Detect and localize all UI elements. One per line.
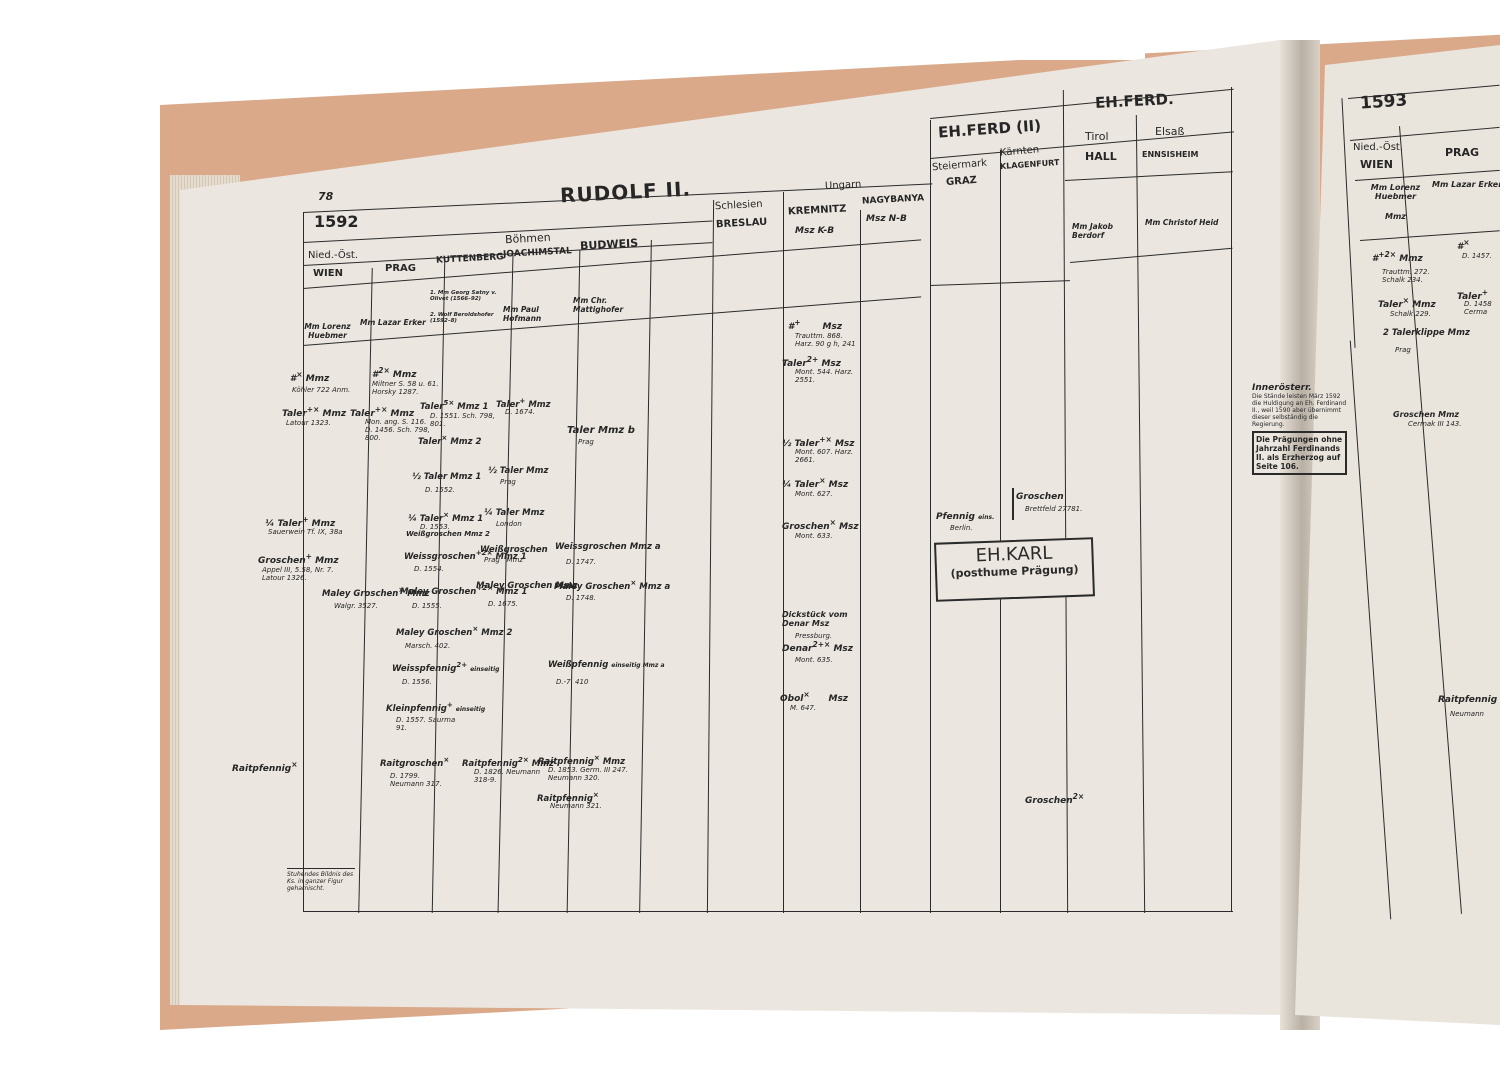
region-ungarn: Ungarn xyxy=(825,179,862,192)
entry-ref: Trauttm. 868. Harz. 90 g h, 241 xyxy=(795,332,860,348)
entry-coin: Weissgroschen Mmz a xyxy=(555,542,661,552)
entry-ref: D. 1458 Cerma xyxy=(1464,300,1500,316)
nagybanya-mark: Msz N-B xyxy=(866,214,907,224)
entry-coin: Dickstück vom Denar Msz xyxy=(782,610,857,628)
entry-ref: D. 1747. xyxy=(566,558,596,566)
entry-coin: ½ Taler+× Msz xyxy=(782,435,855,449)
entry-ref: D. 1853. Germ. III 247. Neumann 320. xyxy=(548,766,628,782)
entry-ref: Prag xyxy=(1395,346,1411,354)
entry-coin: 2 Talerklippe Mmz xyxy=(1383,328,1470,338)
entry-ref: Mont. 633. xyxy=(795,532,833,540)
ehkarl-box: EH.KARL (posthume Prägung) xyxy=(934,537,1095,602)
entry-ref: Cermak III 143. xyxy=(1408,420,1461,428)
entry-ref: Mont. 544. Harz. 2551. xyxy=(795,368,855,384)
column-line xyxy=(783,192,784,913)
entry-coin: Kleinpfennig+ einseitig xyxy=(386,700,485,714)
background xyxy=(650,0,1145,60)
entry-ref: Neumann xyxy=(1450,710,1484,718)
entry-ref: London xyxy=(496,520,522,528)
mintmaster-ennsisheim: Mm Christof Heid xyxy=(1145,218,1225,227)
mintmaster-kuttenberg-2: 2. Wolf Beroldshofer (1592–8) xyxy=(430,312,505,324)
entry-coin: Pfennig eins. xyxy=(936,512,994,522)
entry-coin: Denar2+× Msz xyxy=(782,640,853,654)
entry-ref: Neumann 321. xyxy=(550,802,602,810)
entry-coin: Weißgroschen xyxy=(480,545,548,555)
entry-coin: Taler5× Mmz 1 xyxy=(420,398,488,412)
entry-ref: Prag xyxy=(500,478,516,486)
region-bohmen: Böhmen xyxy=(505,231,551,246)
entry-coin: Taler2+ Msz xyxy=(782,355,841,369)
entry-ref: D. 1557. Saurma 91. xyxy=(396,716,456,732)
entry-coin: Weißgroschen Mmz 2 xyxy=(406,530,490,538)
entry-ref: D. 1555. xyxy=(412,602,442,610)
entry-coin: #× Mmz xyxy=(290,370,329,384)
column-line xyxy=(930,120,931,913)
entry-ref: D. 1552. xyxy=(425,486,455,494)
entry-ref: Mont. 607. Harz. 2661. xyxy=(795,448,855,464)
entry-coin: Groschen xyxy=(1016,492,1064,502)
entry-ref: Brettfeld 27781. xyxy=(1025,505,1082,513)
entry-coin: Maley Groschen× Mmz 2 xyxy=(396,624,512,638)
entry-coin: #+ Msz xyxy=(788,318,842,332)
entry-coin: Taler× Mmz xyxy=(1378,296,1436,310)
entry-ref: D. 1799. Neumann 317. xyxy=(390,772,450,788)
entry-coin: Raitpfennig× Mmz xyxy=(538,753,625,767)
entry-ref: Marsch. 402. xyxy=(405,642,450,650)
mint-prag-right: PRAG xyxy=(1445,146,1479,159)
entry-ref: Sauerwein Tf. IX, 38a xyxy=(268,528,343,536)
entry-coin: Raitpfennig xyxy=(1438,695,1497,705)
mmz-right: Mmz xyxy=(1385,212,1406,221)
entry-ref: D. 1748. xyxy=(566,594,596,602)
mintmaster-wien: Mm Lorenz Huebmer xyxy=(290,322,365,340)
mintmaster-prag: Mm Lazar Erker xyxy=(360,318,426,327)
entry-ref: Mont. 627. xyxy=(795,490,833,498)
entry-ref: D. 1554. xyxy=(414,565,444,573)
entry-coin: Groschen Mmz xyxy=(1393,410,1459,419)
entry-coin: Raitgroschen× xyxy=(380,755,449,769)
mintmaster-budweis: Mm Chr. Mattighofer xyxy=(573,296,643,314)
entry-coin: #× xyxy=(1457,238,1470,252)
entry-ref: D.-7. 410 xyxy=(556,678,588,686)
entry-coin: ¼ Taler× Msz xyxy=(782,476,848,490)
entry-coin: #+2× Mmz xyxy=(1372,250,1423,264)
entry-coin: Groschen× Msz xyxy=(782,518,859,532)
mintmaster-joachimstal: Mm Paul Hofmann xyxy=(503,305,573,323)
entry-ref: D. 1457. xyxy=(1462,252,1492,260)
year-label-next: 1593 xyxy=(1359,90,1408,113)
sidenote-heading: Innerösterr. xyxy=(1252,383,1347,393)
region-nied-ost: Nied.-Öst. xyxy=(308,250,358,261)
entry-coin: Weisspfennig2+ einseitig xyxy=(392,660,499,674)
entry-coin: Taler× Mmz 2 xyxy=(418,433,481,447)
mint-graz: GRAZ xyxy=(946,175,978,188)
entry-coin: ¼ Taler Mmz xyxy=(484,508,544,518)
region-nied-ost-right: Nied.-Öst. xyxy=(1353,142,1403,153)
entry-ref: Miltner S. 58 u. 61. Horsky 1287. xyxy=(372,380,442,396)
kremnitz-mark: Msz K-B xyxy=(795,226,834,236)
mintmaster-wien-right: Mm Lorenz Huebmer xyxy=(1363,183,1428,201)
table-border-bottom xyxy=(303,911,1233,912)
entry-ref: D. 1675. xyxy=(488,600,518,608)
region-elsass: Elsaß xyxy=(1155,125,1184,138)
entry-coin: Taler+× Mmz xyxy=(282,405,346,419)
mintmaster-kuttenberg-1: 1. Mm Georg Satny v. Olivet (1566–92) xyxy=(430,290,505,302)
entry-ref: D. 1556. xyxy=(402,678,432,686)
entry-ref: D. 1551. Sch. 798, 801. xyxy=(430,412,500,428)
entry-ref: Schalk 229. xyxy=(1390,310,1431,318)
entry-coin: Raitpfennig× xyxy=(232,760,298,774)
entry-ref: Walgr. 3527. xyxy=(334,602,378,610)
table-border-right xyxy=(1231,87,1232,912)
entry-ref: Trauttm. 272. Schalk 234. xyxy=(1382,268,1432,284)
footnote-wien: Stuhendes Bildnis des Ks. in ganzer Figu… xyxy=(287,868,355,892)
entry-coin: Taler Mmz b xyxy=(567,425,635,436)
sidenote: Innerösterr. Die Stände leisten März 159… xyxy=(1252,383,1347,475)
mintmaster-prag-right: Mm Lazar Erker xyxy=(1432,180,1500,189)
mint-wien-right: WIEN xyxy=(1360,158,1393,171)
sidenote-box: Die Prägungen ohne Jahrzahl Ferdinands I… xyxy=(1252,431,1347,475)
entry-coin: Maley Groschen× Mmz a xyxy=(554,578,670,592)
entry-coin: ¼ Taler× Mmz 1 xyxy=(408,510,483,524)
entry-ref: Berlin. xyxy=(950,524,973,532)
entry-coin: Weißpfennig einseitig Mmz a xyxy=(548,660,665,670)
entry-coin: ¼ Taler+ Mmz xyxy=(265,515,335,529)
mint-hall: HALL xyxy=(1085,150,1117,163)
entry-coin: Obol× Msz xyxy=(780,690,848,704)
page-number: 78 xyxy=(318,190,333,203)
entry-coin: #2× Mmz xyxy=(372,366,417,380)
entry-ref: Appel III, 5.58, Nr. 7. Latour 1326. xyxy=(262,566,357,582)
entry-ref: Latour 1323. xyxy=(286,419,331,427)
entry-coin: ½ Taler Mmz 1 xyxy=(412,472,481,482)
entry-ref: Prag xyxy=(578,438,594,446)
mint-wien: WIEN xyxy=(313,268,343,279)
sidenote-body: Die Stände leisten März 1592 die Huldigu… xyxy=(1252,393,1347,428)
entry-ref: D. 1826. Neumann 318-9. xyxy=(474,768,544,784)
entry-ref: M. 647. xyxy=(790,704,816,712)
mint-prag: PRAG xyxy=(385,263,416,274)
entry-ref: Mont. 635. xyxy=(795,656,833,664)
year-label: 1592 xyxy=(314,212,359,231)
entry-ref: D. 1674. xyxy=(505,408,535,416)
entry-coin: ½ Taler Mmz xyxy=(488,466,548,476)
region-tirol: Tirol xyxy=(1085,130,1109,143)
entry-ref: Köhler 722 Anm. xyxy=(292,386,350,394)
column-line xyxy=(1000,150,1001,913)
entry-ref: Prag Mmz xyxy=(484,556,523,564)
entry-coin: Groschen2× xyxy=(1025,792,1084,806)
column-line xyxy=(860,210,861,913)
mint-ennsisheim: ENNSISHEIM xyxy=(1142,150,1198,159)
entry-ref: Pressburg. xyxy=(795,632,832,640)
mintmaster-hall: Mm Jakob Berdorf xyxy=(1072,222,1140,240)
entry-coin: Groschen+ Mmz xyxy=(258,552,339,566)
entry-coin: Taler+× Mmz xyxy=(350,405,414,419)
